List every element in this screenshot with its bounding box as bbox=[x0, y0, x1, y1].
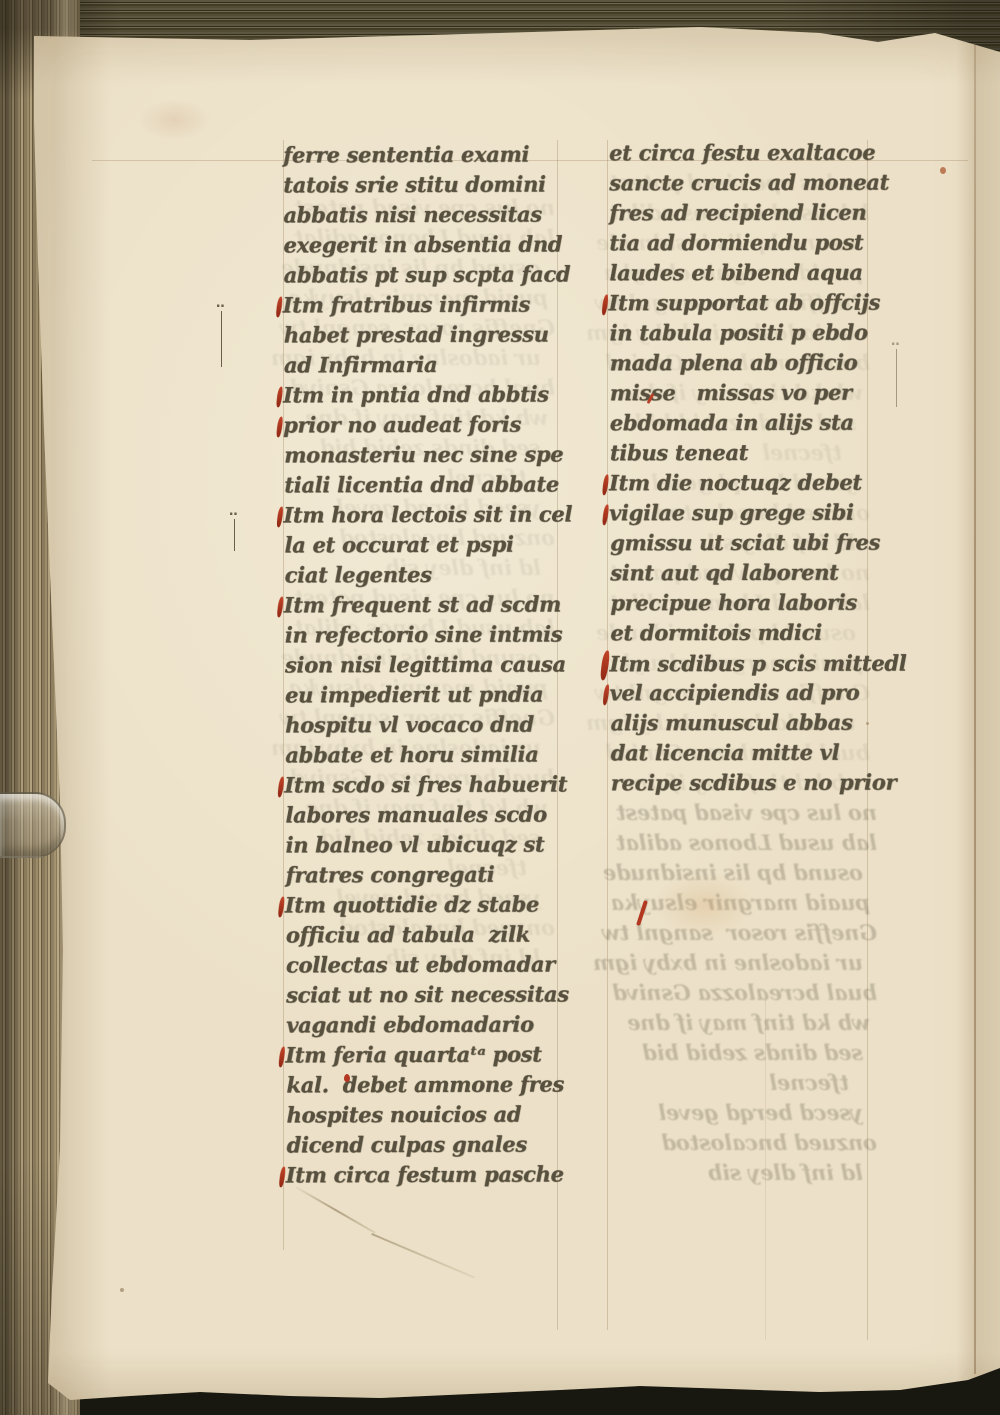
bleedthrough-line: sed dinds zebid bid bbox=[605, 1040, 877, 1070]
parchment-page: no lus cpe visad patestlab usud Lbonos a… bbox=[0, 0, 1000, 1415]
manuscript-text-line: Itm scdibus p scis mittedl bbox=[610, 650, 875, 681]
manuscript-text-line: ferre sententia exami bbox=[283, 142, 558, 173]
manuscript-text-line: dicend culpas gnales bbox=[287, 1132, 562, 1163]
manuscript-text-line: sciat ut no sit necessitas bbox=[286, 982, 561, 1013]
manuscript-text-line: precipue hora laboris bbox=[610, 590, 875, 621]
manuscript-text-line: vel accipiendis ad pro bbox=[611, 680, 876, 711]
bleedthrough-line: ur iadoslne in bxby igm bbox=[605, 950, 877, 980]
manuscript-text-line: Itm in pntia dnd abbtis bbox=[284, 382, 559, 413]
parchment-stain bbox=[655, 872, 755, 938]
manuscript-photo: no lus cpe visad patestlab usud Lbonos a… bbox=[0, 0, 1000, 1415]
manuscript-text-line: kal. debet ammone fres bbox=[286, 1072, 561, 1103]
bleedthrough-ghost-right-lower: no lus cpe visad patestlab usud Lbonos a… bbox=[605, 800, 877, 1190]
manuscript-text-line: la et occurat et pspi bbox=[285, 532, 560, 563]
manuscript-text-line: Itm scdo si fres habuerit bbox=[285, 772, 560, 803]
margin-nota-mark: ‥ bbox=[891, 338, 902, 407]
nota-dots: ‥ bbox=[216, 300, 227, 308]
margin-nota-mark: ‥ bbox=[229, 508, 240, 551]
manuscript-text-line: labores manuales scdo bbox=[285, 802, 560, 833]
bleedthrough-line: lab usud Lbonos adilat bbox=[605, 830, 877, 860]
manuscript-text-line: alijs munuscul abbas bbox=[611, 710, 876, 741]
foxing-speck bbox=[120, 1288, 124, 1292]
page-holder-clip bbox=[0, 792, 66, 858]
nota-stem bbox=[234, 519, 236, 551]
manuscript-text-line: fratres congregati bbox=[286, 862, 561, 893]
manuscript-text-line: in tabula positi p ebdo bbox=[610, 320, 875, 351]
manuscript-text-line: et dormitois mdici bbox=[610, 620, 875, 651]
manuscript-text-line: Itm supportat ab offcijs bbox=[610, 290, 875, 321]
manuscript-text-line: sion nisi legittima causa bbox=[285, 652, 560, 683]
manuscript-text-line: habet prestad ingressu bbox=[284, 322, 559, 353]
page-fold-line bbox=[974, 42, 976, 1374]
manuscript-text-line: dat licencia mitte vl bbox=[611, 740, 876, 771]
text-column-left: ferre sententia examitatois srie stitu d… bbox=[283, 142, 562, 1193]
bleedthrough-line: tfecnel bbox=[605, 1070, 877, 1100]
manuscript-text-line: laudes et bibend aqua bbox=[609, 260, 874, 291]
manuscript-text-line: tatois srie stitu domini bbox=[283, 172, 558, 203]
bleedthrough-line: bual bcrealozza Gsnivd bbox=[605, 980, 877, 1010]
foxing-speck bbox=[866, 722, 869, 725]
parchment-stain bbox=[140, 100, 210, 140]
nota-stem bbox=[221, 311, 223, 367]
manuscript-text-line: ebdomada in alijs sta bbox=[610, 410, 875, 441]
bleedthrough-line: no lus cpe visad patest bbox=[605, 800, 877, 830]
manuscript-text-line: abbate et horu similia bbox=[285, 742, 560, 773]
manuscript-text-line: hospitu vl vocaco dnd bbox=[285, 712, 560, 743]
manuscript-text-line: tiali licentia dnd abbate bbox=[284, 472, 559, 503]
parchment-crease bbox=[371, 1233, 475, 1278]
manuscript-text-line: gmissu ut sciat ubi fres bbox=[610, 530, 875, 561]
manuscript-text-line: tibus teneat bbox=[610, 440, 875, 471]
manuscript-text-line: Itm feria quartaᵗᵃ post bbox=[286, 1042, 561, 1073]
manuscript-text-line: sint aut qd laborent bbox=[610, 560, 875, 591]
manuscript-text-line: vagandi ebdomadario bbox=[286, 1012, 561, 1043]
manuscript-text-line: Itm circa festum pasche bbox=[287, 1162, 562, 1193]
manuscript-text-line: hospites nouicios ad bbox=[287, 1102, 562, 1133]
manuscript-text-line: prior no audeat foris bbox=[284, 412, 559, 443]
manuscript-text-line: mada plena ab officio bbox=[610, 350, 875, 381]
manuscript-text-line: fres ad recipiend licen bbox=[609, 200, 874, 231]
manuscript-text-line: Itm frequent st ad scdm bbox=[285, 592, 560, 623]
rust-spot bbox=[940, 167, 946, 174]
manuscript-text-line: Itm quottidie dz stabe bbox=[286, 892, 561, 923]
manuscript-text-line: vigilae sup grege sibi bbox=[610, 500, 875, 531]
red-punctuation-dot bbox=[344, 1074, 350, 1082]
text-column-right: et circa festu exaltacoesancte crucis ad… bbox=[609, 140, 876, 801]
manuscript-text-line: ciat legentes bbox=[285, 562, 560, 593]
parchment-crease bbox=[295, 1186, 375, 1233]
manuscript-text-line: sancte crucis ad moneat bbox=[609, 170, 874, 201]
manuscript-text-line: in refectorio sine intmis bbox=[285, 622, 560, 653]
manuscript-text-line: in balneo vl ubicuqz st bbox=[286, 832, 561, 863]
bleedthrough-line: ld inf dley sib bbox=[605, 1160, 877, 1190]
rubric-initial-stroke bbox=[278, 1046, 285, 1067]
bleedthrough-line: wb kd tinf may if dne bbox=[605, 1010, 877, 1040]
manuscript-text-line: abbatis nisi necessitas bbox=[283, 202, 558, 233]
manuscript-text-line: recipe scdibus e no prior bbox=[611, 770, 876, 801]
manuscript-text-line: tia ad dormiendu post bbox=[609, 230, 874, 261]
manuscript-text-line: exegerit in absentia dnd bbox=[283, 232, 558, 263]
manuscript-text-line: Itm die noctuqz debet bbox=[610, 470, 875, 501]
nota-dots: ‥ bbox=[229, 508, 240, 516]
nota-dots: ‥ bbox=[891, 338, 902, 346]
manuscript-text-line: monasteriu nec sine spe bbox=[284, 442, 559, 473]
manuscript-text-line: Itm hora lectois sit in cel bbox=[284, 502, 559, 533]
manuscript-text-line: eu impedierit ut pndia bbox=[285, 682, 560, 713]
nota-stem bbox=[896, 349, 898, 407]
bleedthrough-line: onzued bncalostod bbox=[605, 1130, 877, 1160]
manuscript-text-line: et circa festu exaltacoe bbox=[609, 140, 874, 171]
rubric-initial-stroke bbox=[279, 1166, 286, 1187]
manuscript-text-line: officiu ad tabula zilk bbox=[286, 922, 561, 953]
bleedthrough-line: ysecd berqd gevel bbox=[605, 1100, 877, 1130]
manuscript-text-line: Itm fratribus infirmis bbox=[284, 292, 559, 323]
manuscript-text-line: abbatis pt sup scpta facd bbox=[284, 262, 559, 293]
manuscript-text-line: collectas ut ebdomadar bbox=[286, 952, 561, 983]
manuscript-text-line: ad Infirmaria bbox=[284, 352, 559, 383]
margin-nota-mark: ‥ bbox=[216, 300, 227, 367]
